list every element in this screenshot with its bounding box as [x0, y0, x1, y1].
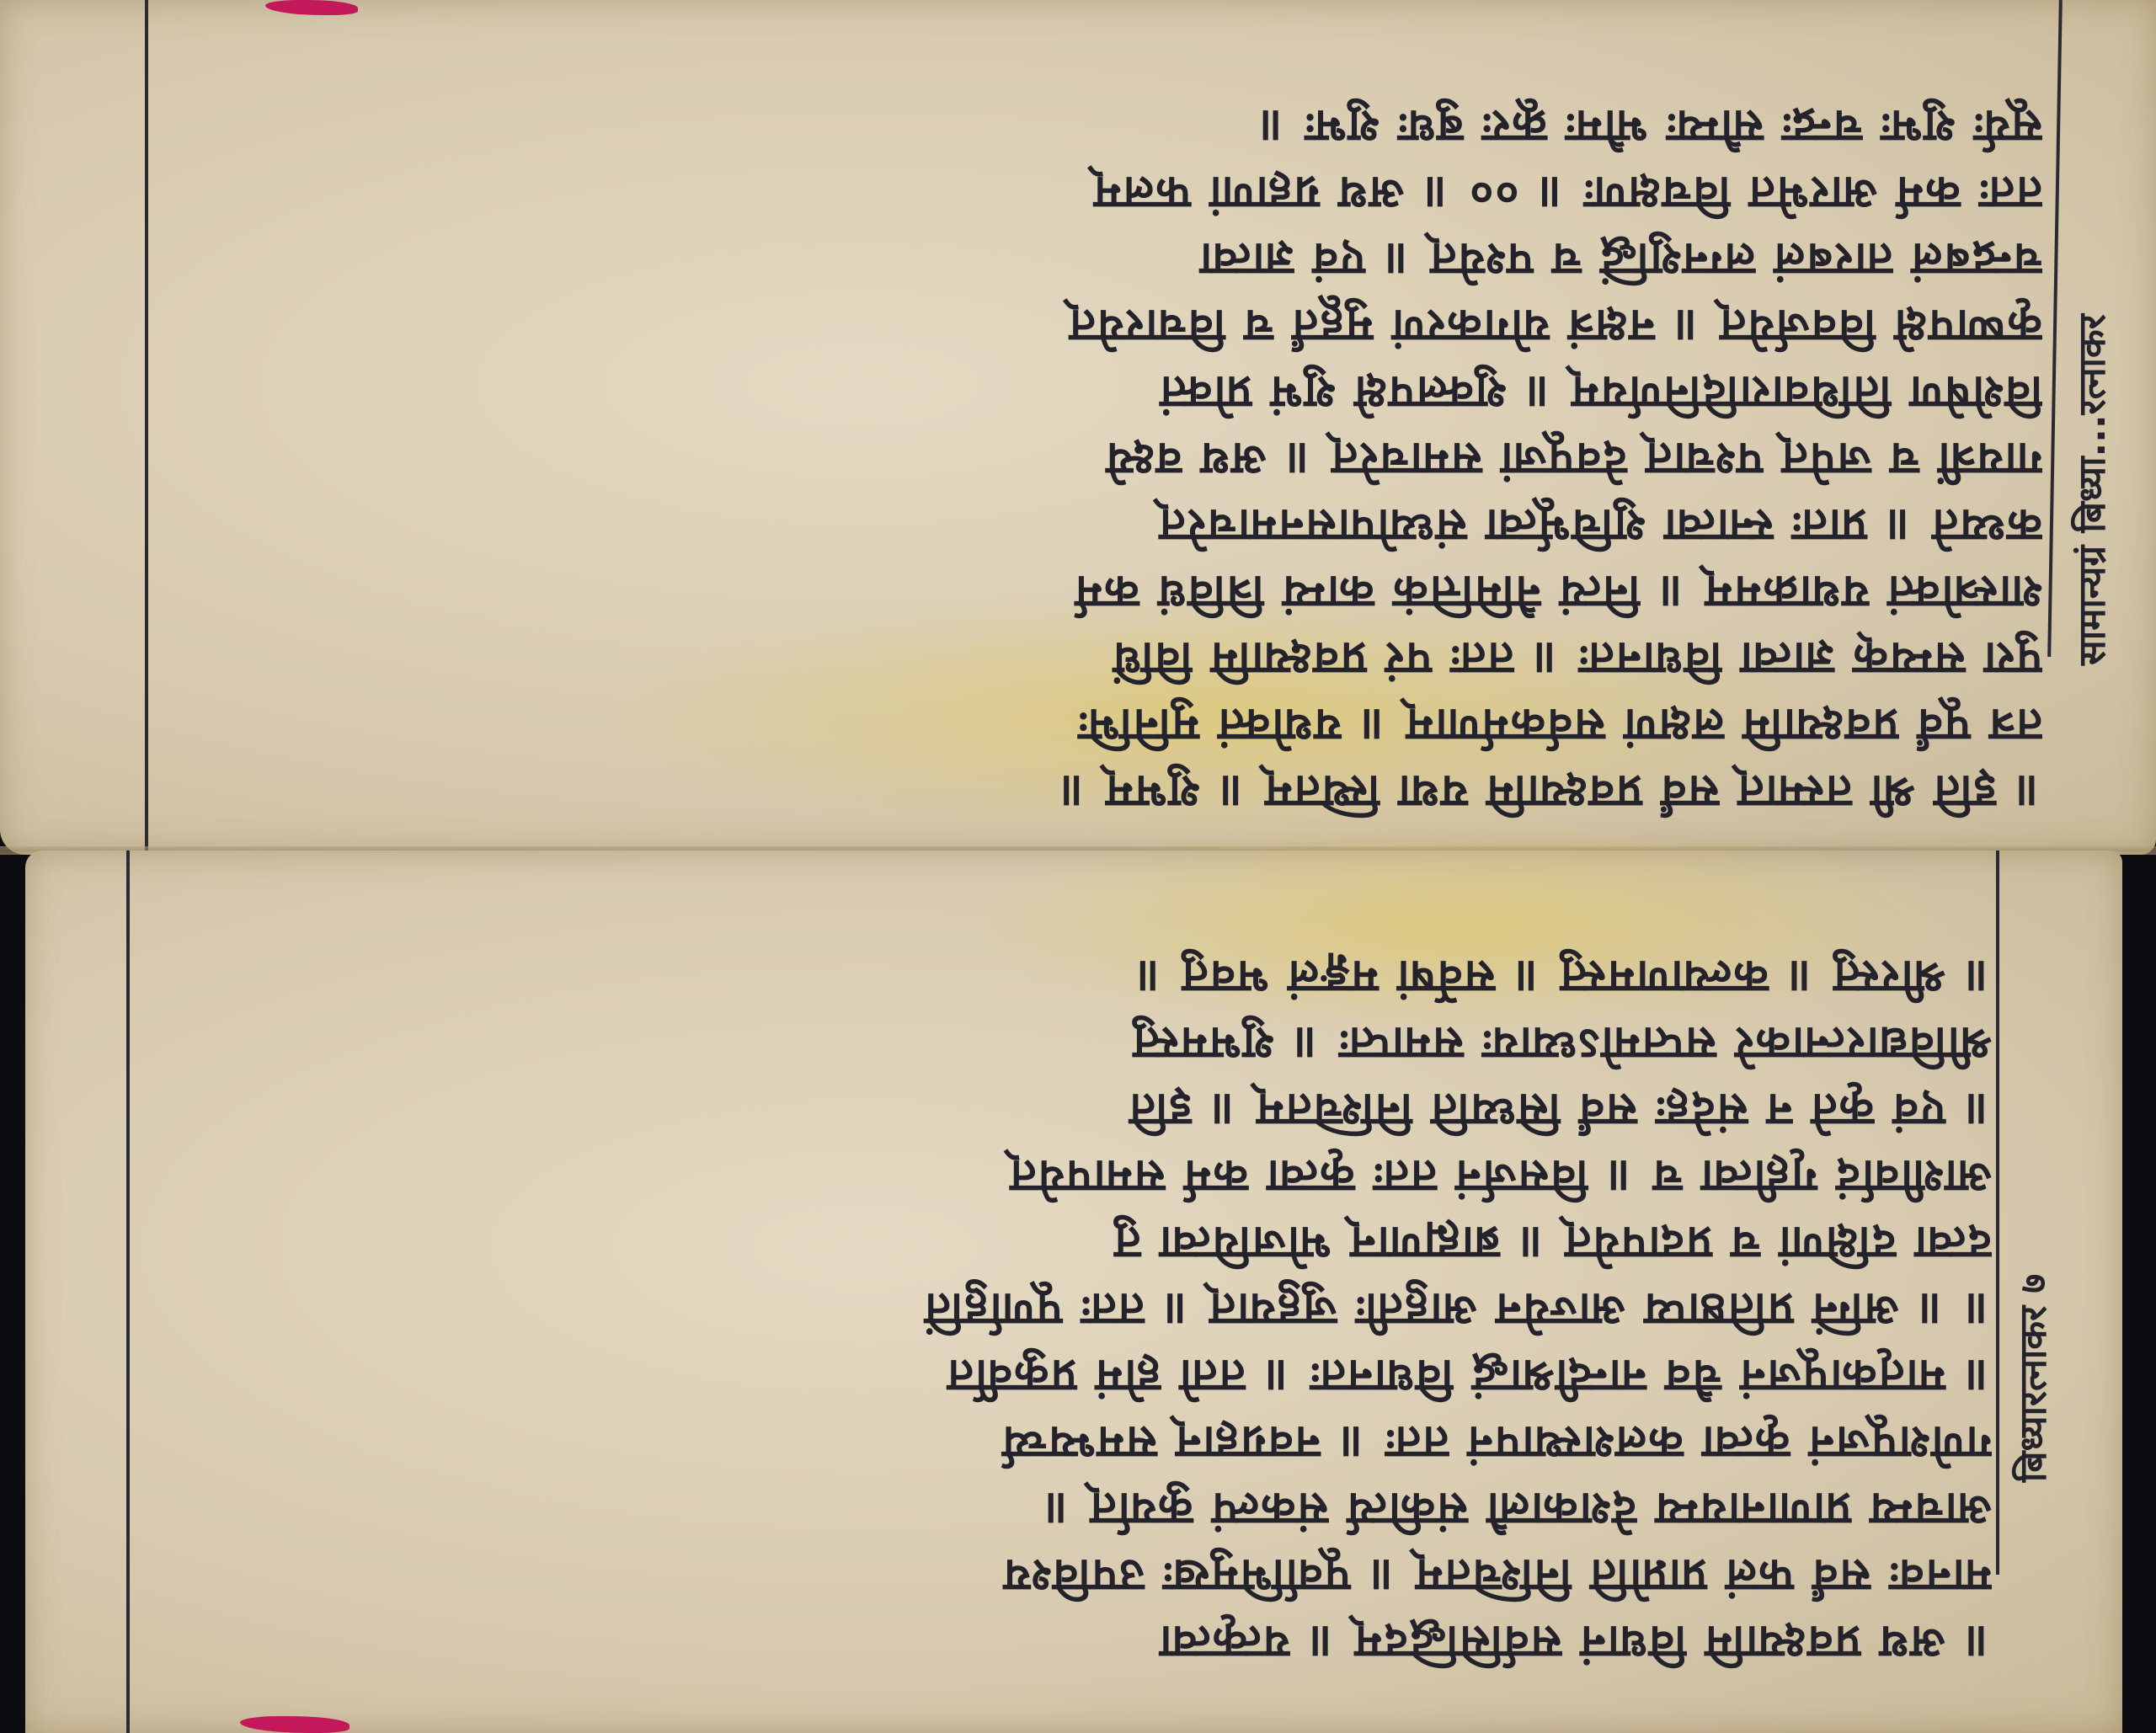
text-line: विशेषेण तिथिवारादिनिर्णयम् ॥ शुक्लपक्षे …	[156, 360, 2042, 426]
text-line: श्रीविद्यारत्नाकरे सप्तमोऽध्यायः समाप्तः…	[139, 1010, 1992, 1077]
text-line: ॥ श्रीरस्तु ॥ कल्याणमस्तु ॥ सर्वेषां मङ्…	[139, 944, 1992, 1010]
top-folio-text: ॥ इति श्री तस्मात् सर्वं प्रवक्ष्यामि यथ…	[156, 84, 2042, 825]
right-ruling-line	[2047, 0, 2063, 657]
right-ruling-line	[1996, 851, 1999, 1575]
text-line: आशीर्वादं गृहीत्वा च ॥ विसर्जनं ततः कृत्…	[139, 1144, 1992, 1210]
bottom-folio-text: ॥ अथ प्रवक्ष्यामि विधानं सर्वसिद्धिदम् ॥…	[139, 935, 1992, 1676]
text-line: ततः कर्म आरभेत विचक्षणः ॥ ०० ॥ अथ ग्रहाण…	[156, 160, 2042, 227]
left-ruling-line	[145, 0, 148, 855]
top-margin-note: सामान्यग्रं बिध्या...रत्नाकर	[2068, 8, 2118, 665]
text-line: ॥ एवं कृते न संदेहः सर्वं सिध्यति निश्चि…	[139, 1077, 1992, 1144]
pink-mark	[240, 1716, 350, 1733]
text-line: तत्र पूर्वं प्रवक्ष्यामि लक्षणं सर्वकर्म…	[156, 692, 2042, 759]
text-line: दत्वा दक्षिणां च प्रदापयेत् ॥ ब्राह्मणान…	[139, 1210, 1992, 1277]
pink-mark	[265, 0, 358, 15]
top-folio: ॥ इति श्री तस्मात् सर्वं प्रवक्ष्यामि यथ…	[0, 0, 2156, 855]
text-line: ॥ अथ प्रवक्ष्यामि विधानं सर्वसिद्धिदम् ॥…	[139, 1609, 1992, 1676]
bottom-margin-note: बिध्यारत्नाकर ७	[2009, 1128, 2059, 1482]
left-ruling-line	[126, 851, 130, 1733]
text-line: चन्द्रबलं तारबलं लग्नशुद्धिं च पश्येत् ॥…	[156, 227, 2042, 293]
text-line: गायत्रीं च जपेत् पश्चात् देवपूजां समाचरे…	[156, 426, 2042, 493]
text-line: पुरा सम्यक् ज्ञात्वा विधानतः ॥ ततः परं प…	[156, 626, 2042, 692]
text-line: सूर्यः शुभः चन्द्रः सौम्यः भौमः क्रूरः ब…	[156, 93, 2042, 160]
bottom-folio: ॥ अथ प्रवक्ष्यामि विधानं सर्वसिद्धिदम् ॥…	[25, 851, 2122, 1733]
text-line: ॥ मातृकापूजनं चैव नान्दीश्राद्धं विधानतः…	[139, 1343, 1992, 1410]
text-line: ॥ इति श्री तस्मात् सर्वं प्रवक्ष्यामि यथ…	[156, 759, 2042, 825]
text-line: कथ्यते ॥ प्रातः स्नात्वा शुचिर्भूत्वा सं…	[156, 493, 2042, 559]
text-line: शास्त्रोक्तं यथाक्रमम् ॥ नित्यं नैमित्ति…	[156, 559, 2042, 626]
text-line: आचम्य प्राणानायम्य देशकालौ संकीर्त्य संक…	[139, 1476, 1992, 1543]
text-line: गणेशपूजनं कृत्वा कलशस्थापनं ततः ॥ नवग्रह…	[139, 1410, 1992, 1476]
text-line: ॥ ॥ अग्निं प्रतिष्ठाप्य आज्येन आहुतीः जु…	[139, 1277, 1992, 1343]
text-line: मानवः सर्वं फलं प्राप्नोति निश्चितम् ॥ प…	[139, 1543, 1992, 1609]
text-line: कृष्णपक्षे विवर्जयेत् ॥ नक्षत्रं योगकरणं…	[156, 293, 2042, 360]
